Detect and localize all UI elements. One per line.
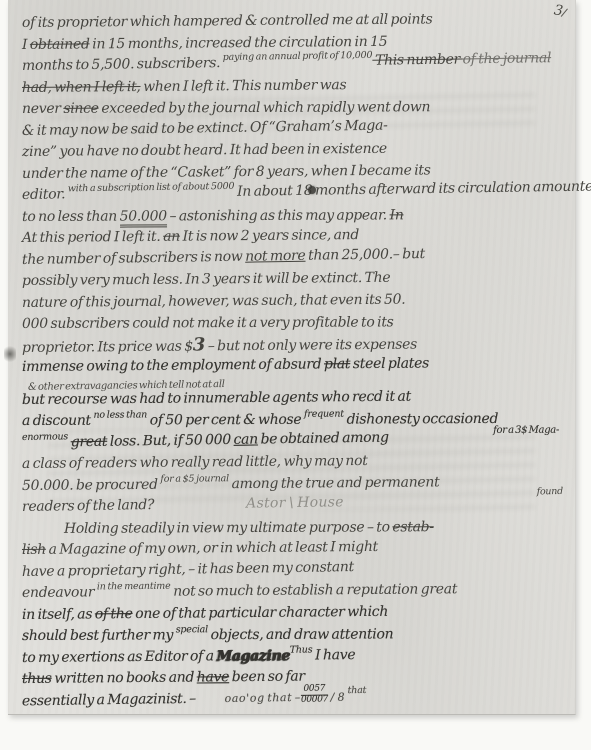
text-segment: one of that particular character which: [132, 603, 388, 621]
text-segment: of its proprietor which hampered & contr…: [22, 11, 433, 31]
manuscript-paper: 3 of its proprietor which hampered & con…: [8, 0, 576, 715]
text-segment: zine” you have no doubt heard. It had be…: [22, 141, 387, 160]
text-segment: when I left it. This number was: [140, 77, 346, 95]
text-segment: but recourse was had to innumerable agen…: [22, 388, 411, 407]
text-segment: frequent: [304, 409, 344, 420]
text-segment: Astor \ House: [246, 494, 344, 511]
text-segment: possibly very much less. In 3 years it w…: [22, 270, 391, 289]
text-segment: dishonesty occasioned: [344, 411, 498, 428]
text-segment: of the journal: [462, 50, 551, 67]
text-segment: have: [197, 669, 229, 685]
text-segment: should best further my: [22, 627, 176, 644]
text-segment: among the true and permanent: [229, 474, 440, 492]
text-segment: paying an annual profit of 10,000: [223, 50, 373, 63]
text-segment: under the name of the “Casket” for 8 yea…: [22, 162, 431, 182]
text-segment: of 50 per cent & whose: [147, 412, 304, 429]
text-segment: a discount: [22, 413, 94, 429]
text-segment: be obtained among: [258, 429, 389, 447]
text-segment: 50.000. be procured: [22, 476, 161, 493]
text-segment: obtained: [30, 36, 90, 53]
text-segment: – astonishing as this may appear.: [167, 207, 390, 224]
text-segment: in itself, as: [22, 606, 95, 623]
text-segment: thus: [22, 671, 52, 687]
ink-blot: [308, 186, 316, 194]
text-segment: loss. But, if 50 000: [107, 431, 234, 449]
text-segment: nature of this journal, however, was suc…: [22, 291, 406, 310]
text-segment: essentially a Magazinist. –: [22, 690, 199, 709]
text-segment: 3: [193, 334, 205, 355]
ink-smudge: [4, 344, 16, 364]
text-segment: 000 subscribers could not make it a very…: [22, 314, 394, 332]
text-segment: readers of the land?: [22, 497, 154, 515]
text-segment: enormous: [22, 431, 68, 443]
text-segment: objects, and draw attention: [208, 626, 393, 643]
text-segment: – but not only were its expenses: [205, 336, 417, 354]
text-segment: found: [537, 481, 563, 503]
manuscript-line: had, when I left it, when I left it. Thi…: [22, 73, 567, 99]
text-segment: months to 5,500. subscribers.: [22, 55, 223, 74]
text-segment: I: [22, 36, 30, 52]
manuscript-line: nature of this journal, however, was suc…: [22, 288, 567, 314]
text-segment: editor.: [22, 186, 68, 203]
manuscript-line: but recourse was had to innumerable agen…: [22, 385, 567, 411]
text-segment: never: [22, 101, 63, 117]
text-segment: At this period I left it.: [22, 229, 163, 246]
text-segment: than 25,000.– but: [305, 246, 425, 264]
text-segment: great: [71, 433, 108, 450]
text-segment: since: [63, 101, 98, 117]
text-segment: an: [163, 229, 180, 245]
text-segment: 005700007: [301, 684, 328, 705]
text-segment: estab-: [392, 519, 433, 535]
text-segment: oao'og that –: [225, 691, 301, 705]
text-segment: lish: [22, 542, 46, 558]
text-segment: been so far: [229, 669, 305, 686]
text-segment: that: [348, 685, 367, 696]
text-segment: to my exertions as Editor of a: [22, 648, 217, 666]
text-segment: had, when I left it,: [22, 78, 141, 95]
text-segment: not so much to establish a reputation gr…: [170, 581, 457, 600]
text-segment: 50.000: [120, 208, 167, 227]
text-segment: & it may now be said to be extinct. Of “…: [22, 117, 388, 138]
text-segment: can: [233, 431, 258, 447]
text-segment: a Magazine of my own, or in which at lea…: [46, 539, 378, 558]
text-segment: have a proprietary right, – it has been …: [22, 559, 354, 580]
text-segment: to no less than: [22, 208, 120, 224]
text-segment: I have: [312, 647, 355, 663]
text-segment: the number of subscribers is now: [22, 248, 245, 267]
text-segment: plat: [324, 356, 350, 372]
text-segment: in the meantime: [97, 581, 171, 593]
text-segment: with a subscription list of about 5000: [68, 181, 235, 194]
text-segment: Magazine: [216, 647, 290, 664]
manuscript-line: in itself, as of the one of that particu…: [22, 600, 567, 626]
text-segment: It is now 2 years since, and: [180, 227, 359, 245]
text-segment: immense owing to the employment of absur…: [22, 356, 324, 375]
text-segment: In: [390, 207, 404, 223]
text-segment: In about 18 months afterward its circula…: [234, 178, 591, 199]
text-segment: endeavour: [22, 584, 97, 601]
text-segment: This number: [372, 51, 462, 68]
text-segment: exceeded by the journal which rapidly we…: [99, 99, 431, 116]
manuscript-body: of its proprietor which hampered & contr…: [8, 0, 575, 712]
text-segment: a class of readers who really read littl…: [22, 453, 368, 472]
text-segment: special: [176, 624, 208, 635]
text-segment: of the: [95, 606, 133, 622]
text-segment: not more: [245, 247, 306, 264]
text-segment: steel plates: [350, 355, 429, 372]
text-segment: no less than: [93, 409, 147, 420]
text-segment: for a $5 journal: [160, 473, 229, 485]
text-segment: / 8: [328, 690, 348, 703]
text-segment: Holding steadily in view my ultimate pur…: [64, 519, 392, 536]
text-segment: proprietor. Its price was $: [22, 338, 193, 355]
text-segment: written no books and: [52, 669, 197, 686]
text-segment: in 15 months, increased the circulation …: [90, 33, 388, 52]
text-segment: Thus: [290, 644, 313, 655]
scanned-letter-page: 3 of its proprietor which hampered & con…: [0, 0, 591, 750]
